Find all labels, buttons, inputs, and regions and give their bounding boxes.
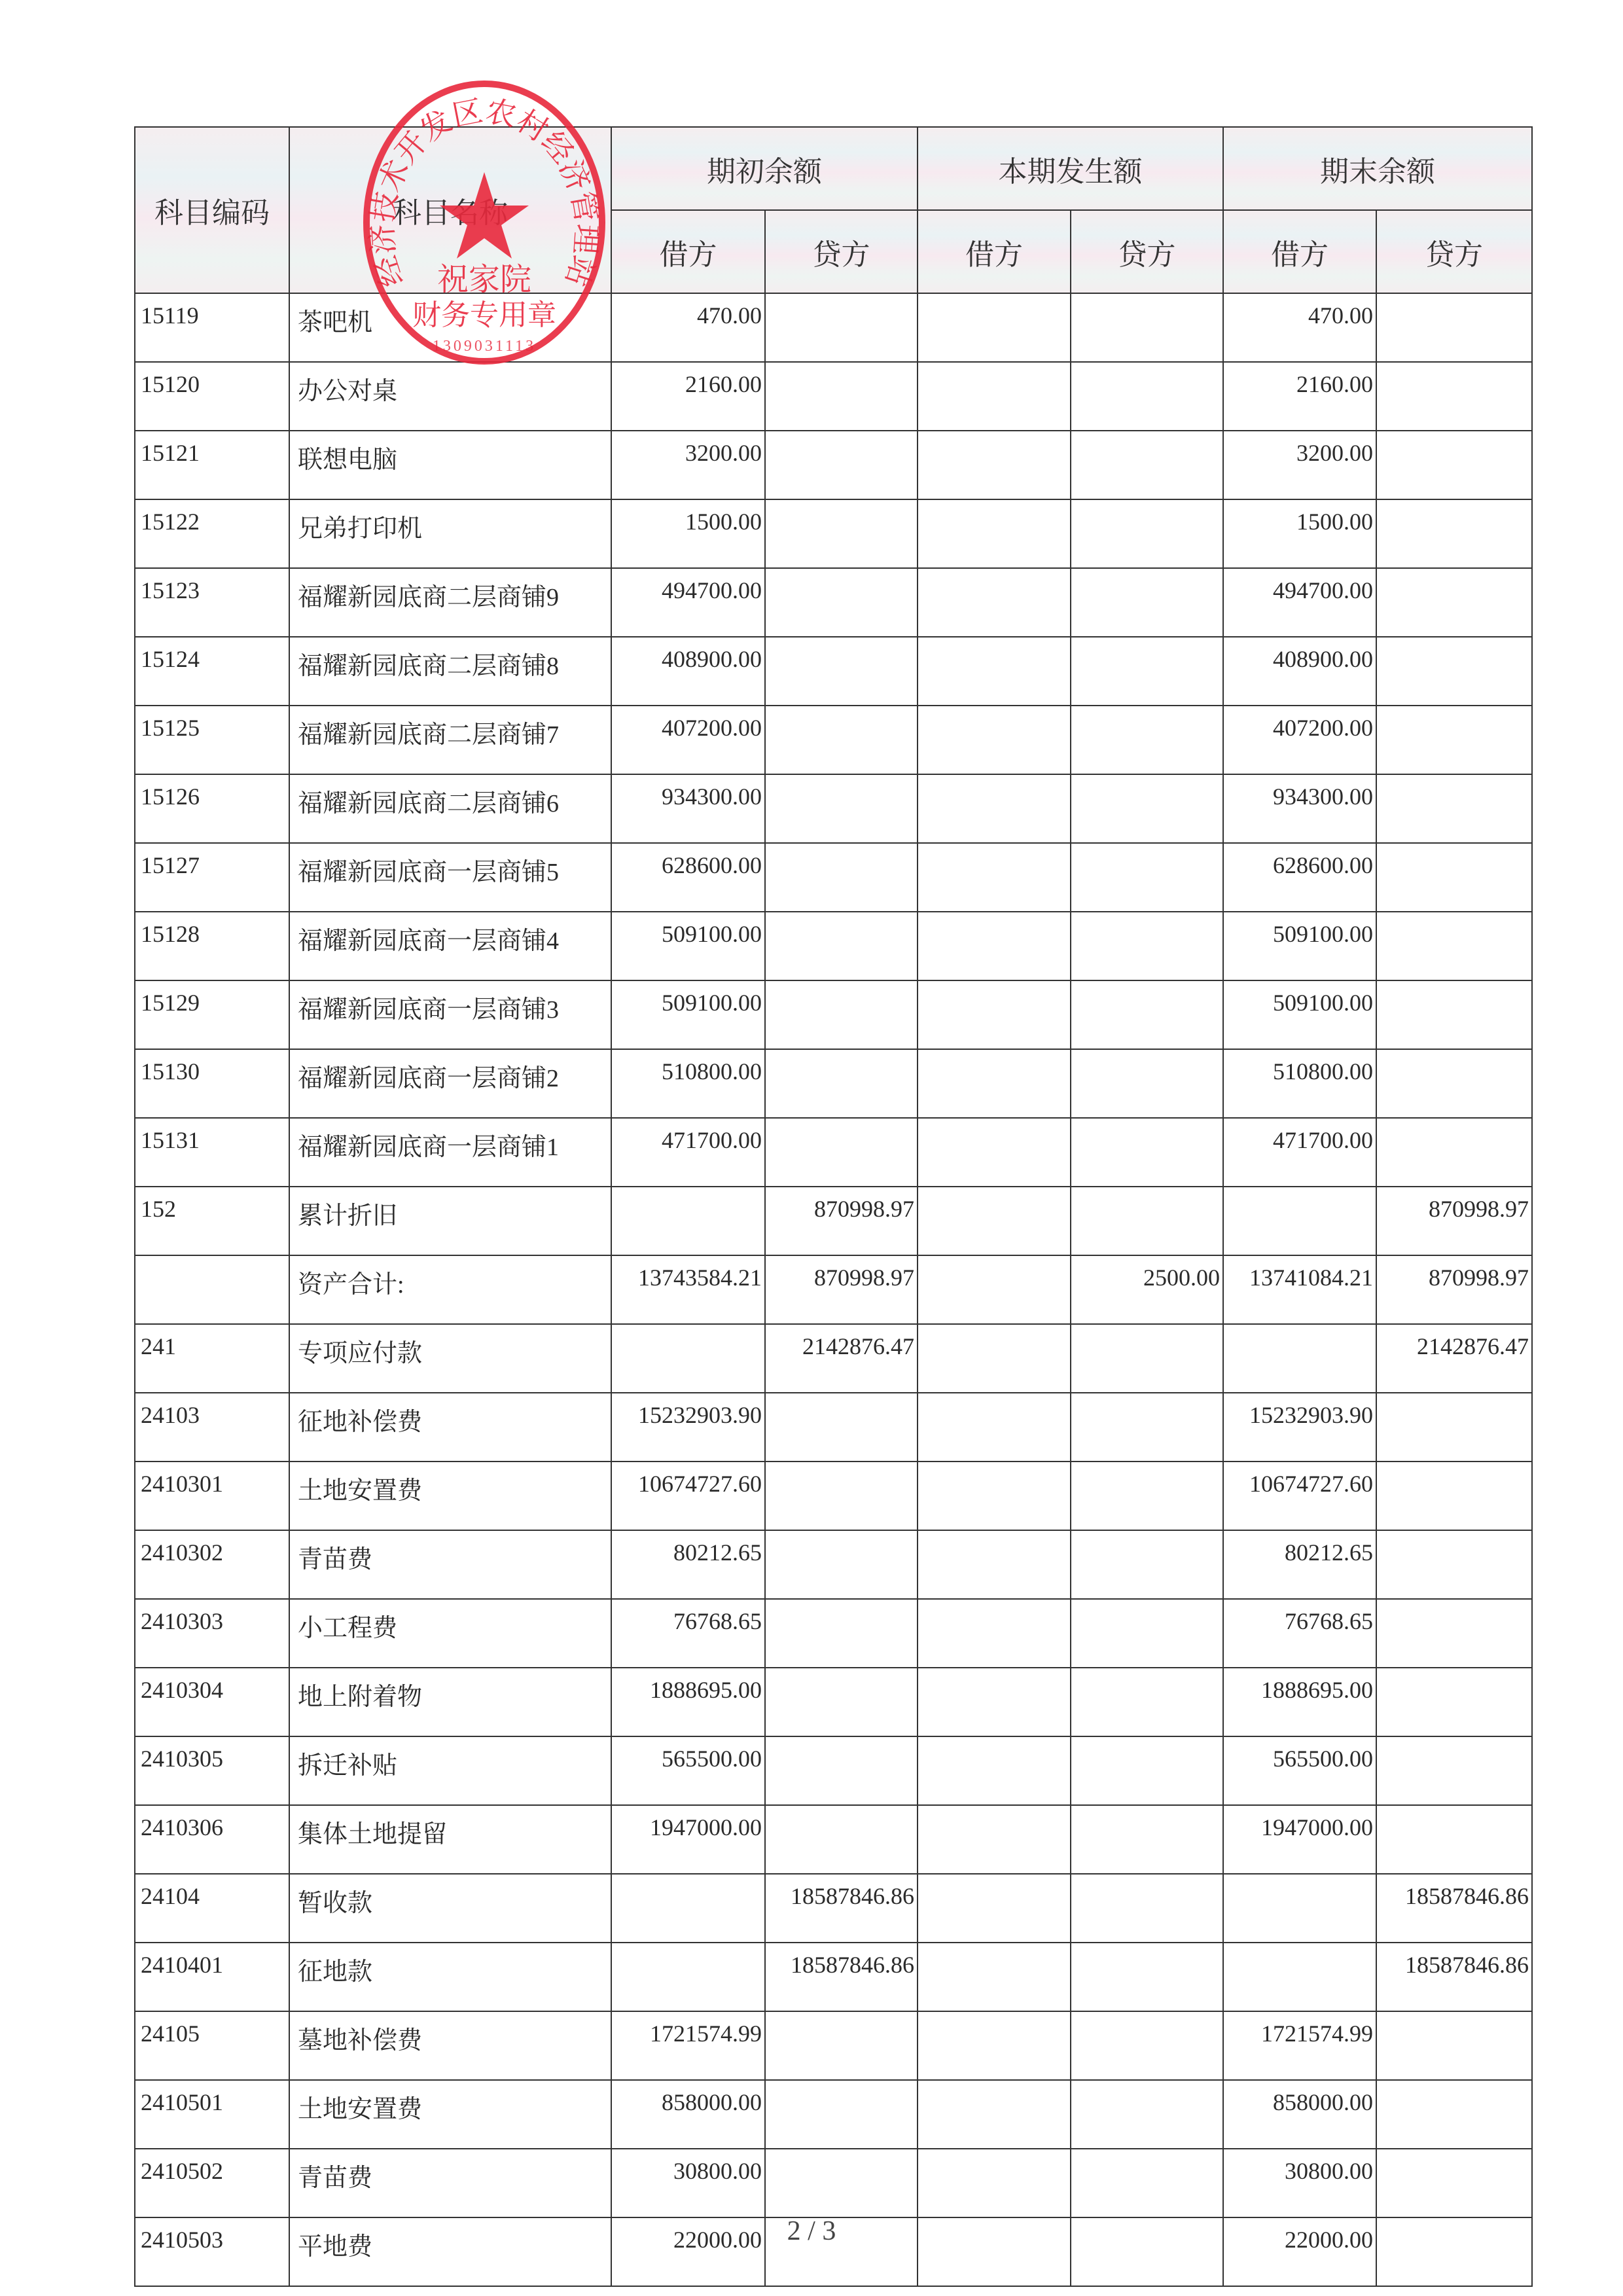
table-row: 15119茶吧机470.00470.00 bbox=[135, 293, 1532, 362]
closing-debit-cell: 471700.00 bbox=[1223, 1118, 1376, 1187]
closing-debit-cell: 408900.00 bbox=[1223, 637, 1376, 706]
current-debit-cell bbox=[918, 1187, 1071, 1255]
closing-credit-cell bbox=[1376, 980, 1532, 1049]
opening-debit-cell bbox=[611, 1187, 765, 1255]
opening-credit-cell bbox=[765, 706, 918, 774]
closing-credit-cell bbox=[1376, 431, 1532, 499]
opening-credit-cell: 18587846.86 bbox=[765, 1943, 918, 2011]
account-name-cell: 福耀新园底商一层商铺4 bbox=[289, 912, 611, 980]
account-code-cell: 24104 bbox=[135, 1874, 289, 1943]
current-credit-cell bbox=[1071, 2011, 1223, 2080]
account-code-cell: 15126 bbox=[135, 774, 289, 843]
header-closing-credit: 贷方 bbox=[1376, 210, 1532, 293]
closing-credit-cell bbox=[1376, 2149, 1532, 2217]
current-debit-cell bbox=[918, 568, 1071, 637]
table-row: 2410306集体土地提留1947000.001947000.00 bbox=[135, 1805, 1532, 1874]
opening-credit-cell bbox=[765, 1393, 918, 1462]
account-name-cell: 福耀新园底商二层商铺7 bbox=[289, 706, 611, 774]
current-debit-cell bbox=[918, 1736, 1071, 1805]
closing-debit-cell: 76768.65 bbox=[1223, 1599, 1376, 1668]
current-credit-cell bbox=[1071, 1118, 1223, 1187]
current-debit-cell bbox=[918, 706, 1071, 774]
current-debit-cell bbox=[918, 1324, 1071, 1393]
header-current-period: 本期发生额 bbox=[918, 127, 1223, 210]
account-name-cell: 办公对桌 bbox=[289, 362, 611, 431]
current-credit-cell bbox=[1071, 1530, 1223, 1599]
closing-credit-cell bbox=[1376, 1462, 1532, 1530]
closing-credit-cell bbox=[1376, 1393, 1532, 1462]
current-credit-cell bbox=[1071, 1393, 1223, 1462]
opening-debit-cell bbox=[611, 1943, 765, 2011]
opening-credit-cell bbox=[765, 2080, 918, 2149]
table-row: 15125福耀新园底商二层商铺7407200.00407200.00 bbox=[135, 706, 1532, 774]
current-debit-cell bbox=[918, 499, 1071, 568]
current-debit-cell bbox=[918, 431, 1071, 499]
closing-debit-cell: 1500.00 bbox=[1223, 499, 1376, 568]
closing-credit-cell bbox=[1376, 293, 1532, 362]
account-code-cell: 15124 bbox=[135, 637, 289, 706]
account-name-cell: 小工程费 bbox=[289, 1599, 611, 1668]
account-name-cell: 福耀新园底商一层商铺2 bbox=[289, 1049, 611, 1118]
table-row: 15126福耀新园底商二层商铺6934300.00934300.00 bbox=[135, 774, 1532, 843]
header-closing-debit: 借方 bbox=[1223, 210, 1376, 293]
closing-debit-cell bbox=[1223, 1187, 1376, 1255]
current-debit-cell bbox=[918, 293, 1071, 362]
table-row: 15129福耀新园底商一层商铺3509100.00509100.00 bbox=[135, 980, 1532, 1049]
current-debit-cell bbox=[918, 1393, 1071, 1462]
closing-credit-cell bbox=[1376, 1736, 1532, 1805]
closing-credit-cell: 870998.97 bbox=[1376, 1255, 1532, 1324]
current-credit-cell bbox=[1071, 1805, 1223, 1874]
closing-debit-cell: 13741084.21 bbox=[1223, 1255, 1376, 1324]
current-credit-cell bbox=[1071, 2080, 1223, 2149]
account-name-cell: 福耀新园底商二层商铺6 bbox=[289, 774, 611, 843]
current-credit-cell bbox=[1071, 637, 1223, 706]
table-row: 15128福耀新园底商一层商铺4509100.00509100.00 bbox=[135, 912, 1532, 980]
table-row: 2410501土地安置费858000.00858000.00 bbox=[135, 2080, 1532, 2149]
table-row: 2410302青苗费80212.6580212.65 bbox=[135, 1530, 1532, 1599]
account-code-cell: 15120 bbox=[135, 362, 289, 431]
opening-debit-cell: 1947000.00 bbox=[611, 1805, 765, 1874]
opening-credit-cell bbox=[765, 843, 918, 912]
opening-credit-cell bbox=[765, 1668, 918, 1736]
account-name-cell: 青苗费 bbox=[289, 1530, 611, 1599]
account-name-cell: 征地补偿费 bbox=[289, 1393, 611, 1462]
closing-debit-cell: 407200.00 bbox=[1223, 706, 1376, 774]
closing-credit-cell bbox=[1376, 1805, 1532, 1874]
header-account-code: 科目编码 bbox=[135, 127, 289, 293]
opening-debit-cell: 471700.00 bbox=[611, 1118, 765, 1187]
opening-credit-cell bbox=[765, 980, 918, 1049]
trial-balance-table: 科目编码 科目名称 期初余额 本期发生额 期末余额 借方 贷方 借方 贷方 借方… bbox=[134, 126, 1533, 2287]
opening-debit-cell: 510800.00 bbox=[611, 1049, 765, 1118]
opening-credit-cell bbox=[765, 499, 918, 568]
account-code-cell: 2410501 bbox=[135, 2080, 289, 2149]
opening-debit-cell: 3200.00 bbox=[611, 431, 765, 499]
current-credit-cell bbox=[1071, 1324, 1223, 1393]
table-row: 24105墓地补偿费1721574.991721574.99 bbox=[135, 2011, 1532, 2080]
header-opening-credit: 贷方 bbox=[765, 210, 918, 293]
account-code-cell: 241 bbox=[135, 1324, 289, 1393]
current-debit-cell bbox=[918, 980, 1071, 1049]
table-row: 15130福耀新园底商一层商铺2510800.00510800.00 bbox=[135, 1049, 1532, 1118]
account-code-cell: 152 bbox=[135, 1187, 289, 1255]
current-debit-cell bbox=[918, 1805, 1071, 1874]
account-code-cell: 24103 bbox=[135, 1393, 289, 1462]
opening-debit-cell: 2160.00 bbox=[611, 362, 765, 431]
opening-credit-cell: 870998.97 bbox=[765, 1187, 918, 1255]
closing-debit-cell: 934300.00 bbox=[1223, 774, 1376, 843]
current-credit-cell bbox=[1071, 431, 1223, 499]
current-debit-cell bbox=[918, 1118, 1071, 1187]
opening-credit-cell bbox=[765, 431, 918, 499]
current-credit-cell bbox=[1071, 1668, 1223, 1736]
closing-credit-cell bbox=[1376, 1118, 1532, 1187]
opening-debit-cell: 30800.00 bbox=[611, 2149, 765, 2217]
opening-debit-cell: 76768.65 bbox=[611, 1599, 765, 1668]
table-row: 15124福耀新园底商二层商铺8408900.00408900.00 bbox=[135, 637, 1532, 706]
table-row: 15122兄弟打印机1500.001500.00 bbox=[135, 499, 1532, 568]
current-credit-cell bbox=[1071, 1049, 1223, 1118]
closing-debit-cell bbox=[1223, 1874, 1376, 1943]
opening-credit-cell bbox=[765, 1530, 918, 1599]
current-debit-cell bbox=[918, 2080, 1071, 2149]
closing-debit-cell bbox=[1223, 1324, 1376, 1393]
table-row: 2410401征地款18587846.8618587846.86 bbox=[135, 1943, 1532, 2011]
account-name-cell: 拆迁补贴 bbox=[289, 1736, 611, 1805]
account-name-cell: 累计折旧 bbox=[289, 1187, 611, 1255]
account-code-cell: 2410502 bbox=[135, 2149, 289, 2217]
account-name-cell: 青苗费 bbox=[289, 2149, 611, 2217]
account-code-cell: 2410305 bbox=[135, 1736, 289, 1805]
header-current-credit: 贷方 bbox=[1071, 210, 1223, 293]
current-credit-cell bbox=[1071, 2149, 1223, 2217]
account-name-cell: 资产合计: bbox=[289, 1255, 611, 1324]
closing-credit-cell bbox=[1376, 568, 1532, 637]
opening-credit-cell bbox=[765, 1805, 918, 1874]
current-debit-cell bbox=[918, 843, 1071, 912]
opening-credit-cell bbox=[765, 1462, 918, 1530]
opening-credit-cell bbox=[765, 1049, 918, 1118]
closing-debit-cell: 15232903.90 bbox=[1223, 1393, 1376, 1462]
account-code-cell: 15129 bbox=[135, 980, 289, 1049]
opening-debit-cell: 1721574.99 bbox=[611, 2011, 765, 2080]
opening-credit-cell: 2142876.47 bbox=[765, 1324, 918, 1393]
closing-credit-cell bbox=[1376, 774, 1532, 843]
opening-credit-cell: 870998.97 bbox=[765, 1255, 918, 1324]
closing-debit-cell: 494700.00 bbox=[1223, 568, 1376, 637]
account-name-cell: 福耀新园底商一层商铺1 bbox=[289, 1118, 611, 1187]
closing-credit-cell: 870998.97 bbox=[1376, 1187, 1532, 1255]
account-name-cell: 土地安置费 bbox=[289, 1462, 611, 1530]
current-credit-cell bbox=[1071, 1874, 1223, 1943]
current-credit-cell bbox=[1071, 362, 1223, 431]
account-name-cell: 茶吧机 bbox=[289, 293, 611, 362]
current-credit-cell: 2500.00 bbox=[1071, 1255, 1223, 1324]
header-opening-balance: 期初余额 bbox=[611, 127, 918, 210]
closing-debit-cell: 1721574.99 bbox=[1223, 2011, 1376, 2080]
account-name-cell: 福耀新园底商一层商铺5 bbox=[289, 843, 611, 912]
account-name-cell: 专项应付款 bbox=[289, 1324, 611, 1393]
current-credit-cell bbox=[1071, 1462, 1223, 1530]
account-name-cell: 地上附着物 bbox=[289, 1668, 611, 1736]
header-account-name: 科目名称 bbox=[289, 127, 611, 293]
table-row: 2410502青苗费30800.0030800.00 bbox=[135, 2149, 1532, 2217]
closing-credit-cell bbox=[1376, 499, 1532, 568]
closing-credit-cell bbox=[1376, 1530, 1532, 1599]
opening-credit-cell bbox=[765, 568, 918, 637]
closing-credit-cell bbox=[1376, 706, 1532, 774]
current-credit-cell bbox=[1071, 1736, 1223, 1805]
current-credit-cell bbox=[1071, 1187, 1223, 1255]
table-row: 15123福耀新园底商二层商铺9494700.00494700.00 bbox=[135, 568, 1532, 637]
table-row: 15120办公对桌2160.002160.00 bbox=[135, 362, 1532, 431]
account-code-cell: 2410306 bbox=[135, 1805, 289, 1874]
opening-debit-cell: 509100.00 bbox=[611, 980, 765, 1049]
current-debit-cell bbox=[918, 362, 1071, 431]
opening-credit-cell bbox=[765, 774, 918, 843]
account-code-cell bbox=[135, 1255, 289, 1324]
closing-credit-cell bbox=[1376, 2011, 1532, 2080]
closing-debit-cell: 509100.00 bbox=[1223, 980, 1376, 1049]
current-debit-cell bbox=[918, 2011, 1071, 2080]
account-code-cell: 15119 bbox=[135, 293, 289, 362]
table-row: 15121联想电脑3200.003200.00 bbox=[135, 431, 1532, 499]
closing-credit-cell bbox=[1376, 912, 1532, 980]
closing-credit-cell: 18587846.86 bbox=[1376, 1943, 1532, 2011]
account-code-cell: 2410401 bbox=[135, 1943, 289, 2011]
opening-debit-cell: 858000.00 bbox=[611, 2080, 765, 2149]
closing-credit-cell bbox=[1376, 1599, 1532, 1668]
opening-credit-cell bbox=[765, 1118, 918, 1187]
opening-debit-cell: 509100.00 bbox=[611, 912, 765, 980]
header-current-debit: 借方 bbox=[918, 210, 1071, 293]
opening-credit-cell bbox=[765, 1599, 918, 1668]
opening-debit-cell bbox=[611, 1324, 765, 1393]
account-name-cell: 土地安置费 bbox=[289, 2080, 611, 2149]
table-row: 资产合计:13743584.21870998.972500.0013741084… bbox=[135, 1255, 1532, 1324]
account-code-cell: 15122 bbox=[135, 499, 289, 568]
current-debit-cell bbox=[918, 1874, 1071, 1943]
current-debit-cell bbox=[918, 1255, 1071, 1324]
opening-debit-cell: 565500.00 bbox=[611, 1736, 765, 1805]
current-debit-cell bbox=[918, 1943, 1071, 2011]
opening-credit-cell bbox=[765, 912, 918, 980]
table-row: 152累计折旧870998.97870998.97 bbox=[135, 1187, 1532, 1255]
header-closing-balance: 期末余额 bbox=[1223, 127, 1532, 210]
closing-debit-cell: 2160.00 bbox=[1223, 362, 1376, 431]
closing-debit-cell: 509100.00 bbox=[1223, 912, 1376, 980]
account-code-cell: 2410304 bbox=[135, 1668, 289, 1736]
closing-debit-cell: 1947000.00 bbox=[1223, 1805, 1376, 1874]
current-debit-cell bbox=[918, 912, 1071, 980]
opening-debit-cell bbox=[611, 1874, 765, 1943]
header-opening-debit: 借方 bbox=[611, 210, 765, 293]
account-code-cell: 15127 bbox=[135, 843, 289, 912]
opening-credit-cell bbox=[765, 293, 918, 362]
account-name-cell: 联想电脑 bbox=[289, 431, 611, 499]
account-code-cell: 15131 bbox=[135, 1118, 289, 1187]
account-code-cell: 15123 bbox=[135, 568, 289, 637]
account-code-cell: 15130 bbox=[135, 1049, 289, 1118]
table-row: 15131福耀新园底商一层商铺1471700.00471700.00 bbox=[135, 1118, 1532, 1187]
closing-debit-cell: 510800.00 bbox=[1223, 1049, 1376, 1118]
closing-credit-cell bbox=[1376, 843, 1532, 912]
current-credit-cell bbox=[1071, 980, 1223, 1049]
account-code-cell: 2410301 bbox=[135, 1462, 289, 1530]
closing-credit-cell bbox=[1376, 1668, 1532, 1736]
current-debit-cell bbox=[918, 2149, 1071, 2217]
current-credit-cell bbox=[1071, 912, 1223, 980]
opening-debit-cell: 13743584.21 bbox=[611, 1255, 765, 1324]
opening-debit-cell: 628600.00 bbox=[611, 843, 765, 912]
current-credit-cell bbox=[1071, 499, 1223, 568]
closing-debit-cell: 565500.00 bbox=[1223, 1736, 1376, 1805]
opening-debit-cell: 408900.00 bbox=[611, 637, 765, 706]
current-credit-cell bbox=[1071, 843, 1223, 912]
current-debit-cell bbox=[918, 1462, 1071, 1530]
current-credit-cell bbox=[1071, 774, 1223, 843]
closing-credit-cell: 2142876.47 bbox=[1376, 1324, 1532, 1393]
opening-debit-cell: 407200.00 bbox=[611, 706, 765, 774]
table-row: 2410303小工程费76768.6576768.65 bbox=[135, 1599, 1532, 1668]
account-name-cell: 福耀新园底商二层商铺8 bbox=[289, 637, 611, 706]
account-name-cell: 兄弟打印机 bbox=[289, 499, 611, 568]
account-code-cell: 15121 bbox=[135, 431, 289, 499]
account-name-cell: 暂收款 bbox=[289, 1874, 611, 1943]
opening-debit-cell: 1888695.00 bbox=[611, 1668, 765, 1736]
opening-debit-cell: 80212.65 bbox=[611, 1530, 765, 1599]
account-name-cell: 征地款 bbox=[289, 1943, 611, 2011]
closing-debit-cell: 1888695.00 bbox=[1223, 1668, 1376, 1736]
closing-debit-cell: 628600.00 bbox=[1223, 843, 1376, 912]
account-name-cell: 福耀新园底商一层商铺3 bbox=[289, 980, 611, 1049]
table-row: 2410304地上附着物1888695.001888695.00 bbox=[135, 1668, 1532, 1736]
table-row: 24104暂收款18587846.8618587846.86 bbox=[135, 1874, 1532, 1943]
account-code-cell: 15125 bbox=[135, 706, 289, 774]
closing-debit-cell: 10674727.60 bbox=[1223, 1462, 1376, 1530]
current-debit-cell bbox=[918, 1530, 1071, 1599]
current-credit-cell bbox=[1071, 1599, 1223, 1668]
account-name-cell: 福耀新园底商二层商铺9 bbox=[289, 568, 611, 637]
account-code-cell: 2410302 bbox=[135, 1530, 289, 1599]
table-row: 2410305拆迁补贴565500.00565500.00 bbox=[135, 1736, 1532, 1805]
opening-credit-cell bbox=[765, 637, 918, 706]
opening-debit-cell: 1500.00 bbox=[611, 499, 765, 568]
account-code-cell: 24105 bbox=[135, 2011, 289, 2080]
current-debit-cell bbox=[918, 1049, 1071, 1118]
closing-credit-cell bbox=[1376, 362, 1532, 431]
opening-credit-cell bbox=[765, 362, 918, 431]
closing-credit-cell bbox=[1376, 2080, 1532, 2149]
opening-credit-cell: 18587846.86 bbox=[765, 1874, 918, 1943]
closing-debit-cell: 858000.00 bbox=[1223, 2080, 1376, 2149]
table-row: 241专项应付款2142876.472142876.47 bbox=[135, 1324, 1532, 1393]
closing-credit-cell bbox=[1376, 637, 1532, 706]
closing-credit-cell bbox=[1376, 1049, 1532, 1118]
table-row: 24103征地补偿费15232903.9015232903.90 bbox=[135, 1393, 1532, 1462]
current-debit-cell bbox=[918, 637, 1071, 706]
closing-debit-cell: 80212.65 bbox=[1223, 1530, 1376, 1599]
opening-credit-cell bbox=[765, 1736, 918, 1805]
current-credit-cell bbox=[1071, 1943, 1223, 2011]
opening-debit-cell: 934300.00 bbox=[611, 774, 765, 843]
opening-debit-cell: 470.00 bbox=[611, 293, 765, 362]
table-row: 2410301土地安置费10674727.6010674727.60 bbox=[135, 1462, 1532, 1530]
account-name-cell: 墓地补偿费 bbox=[289, 2011, 611, 2080]
account-code-cell: 2410303 bbox=[135, 1599, 289, 1668]
closing-credit-cell: 18587846.86 bbox=[1376, 1874, 1532, 1943]
account-code-cell: 15128 bbox=[135, 912, 289, 980]
account-name-cell: 集体土地提留 bbox=[289, 1805, 611, 1874]
opening-debit-cell: 10674727.60 bbox=[611, 1462, 765, 1530]
current-debit-cell bbox=[918, 1668, 1071, 1736]
current-debit-cell bbox=[918, 1599, 1071, 1668]
opening-debit-cell: 15232903.90 bbox=[611, 1393, 765, 1462]
opening-credit-cell bbox=[765, 2011, 918, 2080]
closing-debit-cell: 30800.00 bbox=[1223, 2149, 1376, 2217]
current-credit-cell bbox=[1071, 293, 1223, 362]
current-credit-cell bbox=[1071, 706, 1223, 774]
opening-credit-cell bbox=[765, 2149, 918, 2217]
opening-debit-cell: 494700.00 bbox=[611, 568, 765, 637]
closing-debit-cell: 470.00 bbox=[1223, 293, 1376, 362]
current-debit-cell bbox=[918, 774, 1071, 843]
closing-debit-cell bbox=[1223, 1943, 1376, 2011]
current-credit-cell bbox=[1071, 568, 1223, 637]
table-row: 15127福耀新园底商一层商铺5628600.00628600.00 bbox=[135, 843, 1532, 912]
page-number: 2 / 3 bbox=[0, 2215, 1623, 2247]
closing-debit-cell: 3200.00 bbox=[1223, 431, 1376, 499]
table-body: 15119茶吧机470.00470.0015120办公对桌2160.002160… bbox=[135, 293, 1532, 2286]
